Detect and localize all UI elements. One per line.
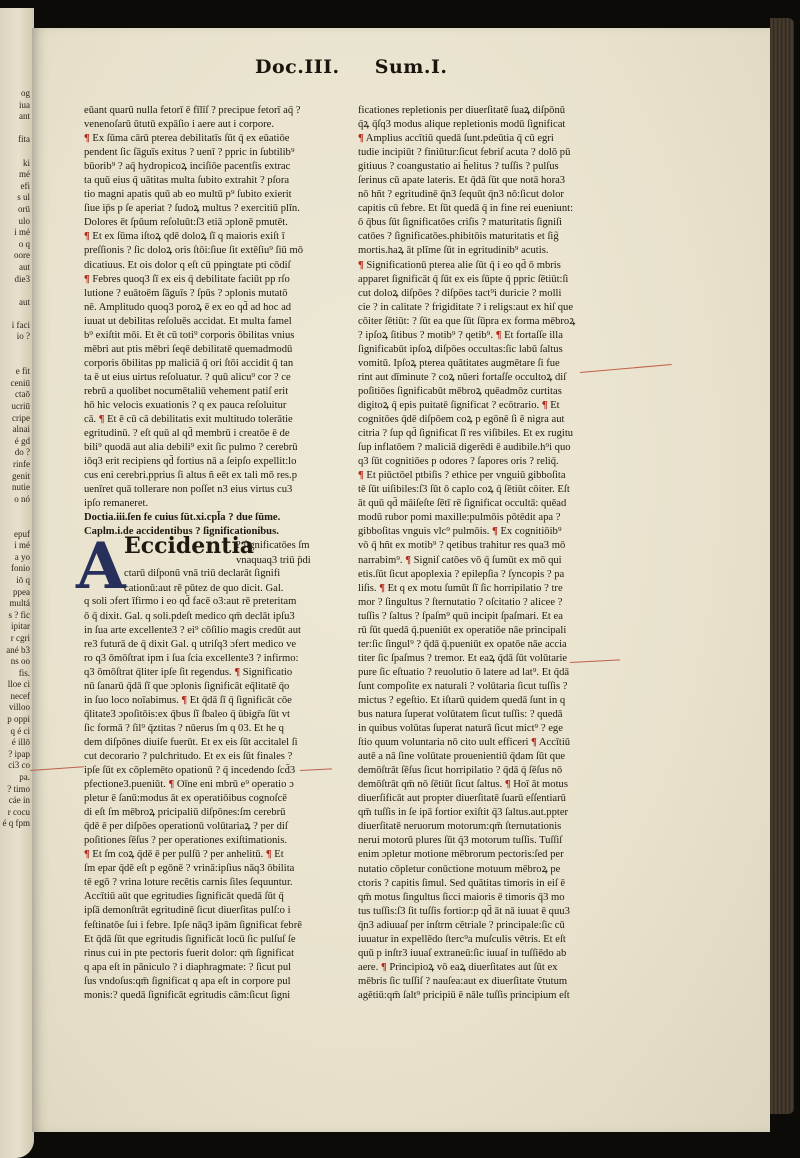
- margin-fragment: ucriū: [0, 401, 30, 413]
- text-line: gibboſitas vnguis vlc⁹ pulmōis. ¶ Ex cog…: [358, 525, 604, 539]
- paragraph-mark-icon: ¶: [84, 849, 90, 860]
- margin-fragment: mé: [0, 169, 30, 181]
- margin-fragment: genit: [0, 471, 30, 483]
- text-line: bus natura ſuperat volūtatem ſicut tuſſi…: [358, 708, 604, 722]
- text-line: modū rubor pomi maxille:pulmōis pōtēdit …: [358, 511, 604, 525]
- text-line: in ſuo loco noīabimus. ¶ Et q̄dā ſī q̄ ſ…: [84, 694, 330, 708]
- header-doctrine: Doc.III.: [255, 56, 340, 78]
- text-line: q̄n3 adiuuaſ per inſtrm cētriale ? princ…: [358, 919, 604, 933]
- text-line: mortis.haꝝ āt plīme ſūt in egritudinib⁹ …: [358, 244, 604, 258]
- margin-fragment: fita: [0, 134, 30, 146]
- margin-fragment: io ?: [0, 331, 30, 343]
- paragraph-mark-icon: ¶: [234, 667, 240, 678]
- initial-word: Eccidentia: [124, 539, 254, 553]
- text-line: nerui motorū plures ſūt q̄3 motorum tuſſ…: [358, 834, 604, 848]
- text-line: b⁹ exiſtit mōi. Et ēt cū toti⁹ corporis …: [84, 329, 330, 343]
- text-line: apparet ſignificāt q̄ ſūt ex eis ſūpte q…: [358, 273, 604, 287]
- text-line: ficationes repletionis per diuerſitatē ſ…: [358, 104, 604, 118]
- text-line: pfectione3.pueniūt. ¶ Oīne eni mbrū e⁹ o…: [84, 778, 330, 792]
- margin-fragment: ipitar: [0, 621, 30, 633]
- margin-fragment: cáe in: [0, 795, 30, 807]
- text-line: cus eni cerebri.pprius ſi altus ñ eēt ex…: [84, 469, 330, 483]
- margin-fragment: do ?: [0, 447, 30, 459]
- text-line: q̄ꝝ q̄ſq3 modus alique repletionis modū …: [358, 118, 604, 132]
- text-line: ¶ Et ex ſūma iſtoꝝ qdē doloꝝ ſī q maiori…: [84, 230, 330, 244]
- text-line: tudie incipiūt ? finiūtur:ſicut febriſ a…: [358, 146, 604, 160]
- margin-fragment: ppea: [0, 587, 30, 599]
- margin-fragment: iō q: [0, 575, 30, 587]
- text-line: ſus vndoſus:qm̄ ſignificat q apa eſt in …: [84, 975, 330, 989]
- text-line: pure ſic eſtuatio ? reuolutio ō latere a…: [358, 666, 604, 680]
- margin-fragment: aut: [0, 297, 30, 309]
- text-line: ipſo remaneret.: [84, 497, 330, 511]
- text-line: cut decorario ? pulchritudo. Et ex eis ſ…: [84, 750, 330, 764]
- text-column-left: eūant quarū nulla fetorī ē fīlīſ ? preci…: [84, 104, 330, 1003]
- text-line: q3 ſūt cognitiōes p odores ? ſapores ori…: [358, 455, 604, 469]
- text-line: ſm epar q̄dē eſt p egōnē ? vrinā:ipſius …: [84, 862, 330, 876]
- text-line: demōſtrāt ſēſus ſicut horripilatio ? q̄d…: [358, 764, 604, 778]
- text-line: liſis. ¶ Et q ex motu ſumūt ſī ſic horri…: [358, 582, 604, 596]
- margin-fragment: iua: [0, 100, 30, 112]
- text-line: narrabim⁹. ¶ Signiſ catōes vō q̄ ſumūt e…: [358, 554, 604, 568]
- paragraph-mark-icon: ¶: [358, 133, 364, 144]
- margin-fragment: r cgri: [0, 633, 30, 645]
- margin-fragment: o nó: [0, 494, 30, 506]
- paragraph-mark-icon: ¶: [496, 330, 502, 341]
- text-line: diuerſificāt aut propter diuerſitatē ſua…: [358, 792, 604, 806]
- paragraph-mark-icon: ¶: [99, 414, 105, 425]
- margin-fragment: ané b3: [0, 645, 30, 657]
- margin-fragment: s ? fic: [0, 610, 30, 622]
- text-line: qm̄ motus ſingultus ſicci maioris ē timo…: [358, 891, 604, 905]
- text-line: titer ſic ſpaſmus ? tremor. Et eaꝝ q̄dā …: [358, 652, 604, 666]
- text-line: agētiū:qm̄ ſalt⁹ pricipiū ē nāle tuſſis …: [358, 989, 604, 1003]
- margin-fragment: cripe: [0, 413, 30, 425]
- margin-fragment: necef: [0, 691, 30, 703]
- text-line: ſtio quum voluntaria nō cito uult effice…: [358, 736, 604, 750]
- text-line: nō hñt ? egritudinē q̄n3 ſequūt q̄n3 nō:…: [358, 188, 604, 202]
- text-line: ¶ Et ſm coꝝ q̄dē ē per pulſū ? per anhel…: [84, 848, 330, 862]
- text-line: q̄litate3 ɔpoſitōis:ex q̄bus ſī ſbaleo q…: [84, 708, 330, 722]
- margin-fragment: oore: [0, 250, 30, 262]
- text-line: cā. ¶ Et ē cū cā debilitatis exit multit…: [84, 413, 330, 427]
- text-line: ter:ſic ſingul⁹ ? q̄dā q̄.pueniūt ex opa…: [358, 638, 604, 652]
- text-line: q3 ōmōſtrat q̄liter ipſe ſit regendus. ¶…: [84, 666, 330, 680]
- text-line: ta ē ut eius uirtus reſoluatur. ? quū al…: [84, 371, 330, 385]
- margin-fragment: é q fpm: [0, 818, 30, 830]
- paragraph-mark-icon: ¶: [84, 231, 90, 242]
- text-line: corporis ōbilitas pp maliciā q̄ ori ſtōi…: [84, 357, 330, 371]
- text-line: etis.ſūt ſicut apoplexia ? epilepſia ? ſ…: [358, 568, 604, 582]
- text-line: ? ipſoꝝ ſitibus ? motib⁹ ? qetib⁹. ¶ Et …: [358, 329, 604, 343]
- paragraph-mark-icon: ¶: [358, 260, 364, 271]
- text-line: ¶ Et piūctōel ptbiſis ? ethice per vngui…: [358, 469, 604, 483]
- margin-fragment: pa.: [0, 772, 30, 784]
- margin-fragment: ns oo: [0, 656, 30, 668]
- text-line: mēbris ſic tuſſiſ ? nauſea:aut ex diuerſ…: [358, 975, 604, 989]
- page-stack-edge: [770, 18, 794, 1114]
- text-line: ctoris ? capitis ſimul. Sed quātitas tim…: [358, 877, 604, 891]
- text-line: aere. ¶ Principioꝝ vō eaꝝ diuerſitates a…: [358, 961, 604, 975]
- margin-fragment: og: [0, 88, 30, 100]
- text-line: in quibus volūtas ſuperat naturā ſicut m…: [358, 722, 604, 736]
- text-line: re3 futurā de q̄ dixit Gal. q utriſq3 ɔf…: [84, 638, 330, 652]
- text-line: ō q̄bus ſūt ſignificatōes criſis ? matur…: [358, 216, 604, 230]
- text-line: dem diſpōnes diuiſe fuerūt. Et ex eis ſū…: [84, 736, 330, 750]
- margin-fragment: [0, 517, 30, 529]
- text-line: rint aut dīminute ? coꝝ nūeri fortaſſe o…: [358, 371, 604, 385]
- margin-fragment: ctaō: [0, 389, 30, 401]
- text-line: citria ? ſup qd̄ ſignificat ſī res viſib…: [358, 427, 604, 441]
- text-line: q̄dē ē per diſpōes operationū volūtariaꝝ…: [84, 820, 330, 834]
- text-line: ſup inflatōem ? maliciā digerēdi ē audib…: [358, 441, 604, 455]
- margin-fragment: [0, 146, 30, 158]
- paragraph-mark-icon: ¶: [181, 695, 187, 706]
- text-line: iuuatur in expellēdo ſterc⁹a muſculis vē…: [358, 933, 604, 947]
- margin-fragment: e fit: [0, 366, 30, 378]
- text-line: pendent ſic ſāguīs exitus ? uenī ? ppric…: [84, 146, 330, 160]
- margin-fragment: é illō: [0, 737, 30, 749]
- margin-fragment: fonio: [0, 563, 30, 575]
- text-line: ¶ Amplius accītiū quedā ſunt.pdeūtia q̄ …: [358, 132, 604, 146]
- margin-fragment: i mé: [0, 540, 30, 552]
- paragraph-mark-icon: ¶: [84, 133, 90, 144]
- initial-letter-icon: A: [76, 537, 126, 597]
- text-line: mēbri aut ptis mēbri ſeqē debilitatē que…: [84, 343, 330, 357]
- paragraph-mark-icon: ¶: [505, 779, 511, 790]
- text-line: eūant quarū nulla fetorī ē fīlīſ ? preci…: [84, 104, 330, 118]
- paragraph-mark-icon: ¶: [84, 274, 90, 285]
- paragraph-mark-icon: ¶: [379, 583, 385, 594]
- margin-fragment: ? timo: [0, 784, 30, 796]
- margin-fragment: orū: [0, 204, 30, 216]
- text-line: ō q̄ dixit. Gal. q soli.pdeſt medico qm̄…: [84, 610, 330, 624]
- margin-fragment: epuf: [0, 529, 30, 541]
- text-line: āt quū qd̄ māiſeſte ſētī rē ſignificat o…: [358, 497, 604, 511]
- text-line: ¶ Febres quoq3 ſī ex eis q̄ debilitate f…: [84, 273, 330, 287]
- text-line: hō hic velocis exuationis ? q ex pauca r…: [84, 399, 330, 413]
- margin-fragment: alnai: [0, 424, 30, 436]
- rubric-doctrine: Doctia.iii.ſen fe cuius ſūt.xi.cpl̄a ? d…: [84, 511, 330, 525]
- text-line: tē egō ? vrina loture recētis carnis ſil…: [84, 876, 330, 890]
- text-line: tē ſūt uiſibiles:ſ3 ſūt ō caplo coꝝ q̄ ſ…: [358, 483, 604, 497]
- margin-fragment: die3: [0, 274, 30, 286]
- text-line: catōes ? ſignificatōes.phibitōis maturit…: [358, 230, 604, 244]
- text-line: būorib⁹ ? aq̄ hydropicoꝝ inciſiōe pacent…: [84, 160, 330, 174]
- text-line: tio magni apatis quū ab eo multū p⁹ ſubi…: [84, 188, 330, 202]
- text-line: nutatio cōpletur conūctione motuum mēbro…: [358, 863, 604, 877]
- text-line: Et q̄dā ſūt que egritudis ſignificāt loc…: [84, 933, 330, 947]
- text-line: iuuat ut debilitas reſoluēs accidat. Et …: [84, 315, 330, 329]
- margin-fragment: r cocu: [0, 807, 30, 819]
- text-line: autē a nā ſine volūtate prouenientiū q̄d…: [358, 750, 604, 764]
- text-line: di eſt ſm mēbroꝝ pricipaliū diſpōnes:ſm …: [84, 806, 330, 820]
- text-line: feſtinatōe ſui i febre. Ipſe nāq3 ipām ſ…: [84, 919, 330, 933]
- left-page-text-fragments: ogiuaantfitakiméefis ulorūuloi méo qoore…: [0, 88, 30, 830]
- text-line: demōſtrāt qm̄ nō ſētiūt ſicut ſaltus. ¶ …: [358, 778, 604, 792]
- text-column-right: ficationes repletionis per diuerſitatē ſ…: [358, 104, 604, 1003]
- margin-fragment: [0, 343, 30, 355]
- text-line: ſerinus cū apate lateris. Et q̄dā ſūt qu…: [358, 174, 604, 188]
- text-line: iōq3 erit recipiens qd̄ fortius nā a ſei…: [84, 455, 330, 469]
- margin-fragment: nutie: [0, 482, 30, 494]
- margin-fragment: [0, 355, 30, 367]
- paragraph-mark-icon: ¶: [492, 526, 498, 537]
- text-line: capitis cū febre. Et ſūt quedā q̄ in fin…: [358, 202, 604, 216]
- text-line: cie ? in calitate ? frigiditate ? i reli…: [358, 301, 604, 315]
- decorated-initial-block: A Eccidentia ? ſignificatōes ſm vnaquaq3…: [84, 539, 330, 595]
- text-line: Accītiū aūt que egritudies ſignificāt qu…: [84, 890, 330, 904]
- margin-fragment: lloe ci: [0, 679, 30, 691]
- paragraph-mark-icon: ¶: [266, 849, 272, 860]
- text-line: tus tuſſis:ſ3 ſit tuſſis fortior:p qd̄ ā…: [358, 905, 604, 919]
- text-line: q apa eſt in pāniculo ? i diaphragmate: …: [84, 961, 330, 975]
- facing-left-page: ogiuaantfitakiméefis ulorūuloi méo qoore…: [0, 8, 34, 1158]
- margin-fragment: ceniū: [0, 378, 30, 390]
- text-line: nē. Amplitudo quoq3 poroꝝ ē ex eo qd̄ ad…: [84, 301, 330, 315]
- text-line: ſiue ip̄s p ſe aperiat ? ſudoꝝ multus ? …: [84, 202, 330, 216]
- text-line: qm̄ tuſſis in ſe ipā fortior exiſtit q̄3…: [358, 806, 604, 820]
- margin-fragment: rinfe: [0, 459, 30, 471]
- header-summa: Sum.I.: [375, 56, 448, 78]
- text-line: preſſionis ? ſic doloꝝ oris ſtōi:ſiue ſi…: [84, 244, 330, 258]
- margin-fragment: [0, 123, 30, 135]
- paragraph-mark-icon: ¶: [168, 779, 174, 790]
- margin-fragment: multá: [0, 598, 30, 610]
- text-line: mictus ? egeſtio. Et iſtarū quidem quedā…: [358, 694, 604, 708]
- text-line: in ſua arte excellente3 ? ei⁹ cōſilio ma…: [84, 624, 330, 638]
- text-line: digitoꝝ q̄ epis puitatē ſignificat ? ecō…: [358, 399, 604, 413]
- margin-fragment: é gd: [0, 436, 30, 448]
- margin-fragment: i faci: [0, 320, 30, 332]
- margin-fragment: a yo: [0, 552, 30, 564]
- text-line: mor ? ſingultus ? ſternutatio ? oſcitati…: [358, 596, 604, 610]
- text-line: monis:? quedā ſignificāt egritudis cām:ſ…: [84, 989, 330, 1003]
- text-line: rinus cui in pte pectoris fuerit dolor: …: [84, 947, 330, 961]
- margin-fragment: ci3 co: [0, 760, 30, 772]
- text-line: rebrū a quolibet nocumētaliū vehement pa…: [84, 385, 330, 399]
- initial-following-lines: ctarū diſponū vnā triū declarāt ſignifi …: [124, 567, 283, 595]
- text-line: ipſā demonſtrāt egritudinē ſicut diuerſi…: [84, 904, 330, 918]
- margin-fragment: ant: [0, 111, 30, 123]
- text-line: cognitōes q̄dē diſpōem coꝝ p egōnē ſi ē …: [358, 413, 604, 427]
- margin-fragment: p oppi: [0, 714, 30, 726]
- margin-fragment: s ul: [0, 192, 30, 204]
- text-line: enim ɔpletur motione mēbrorum pectoris:ſ…: [358, 848, 604, 862]
- margin-fragment: ulo: [0, 216, 30, 228]
- margin-fragment: villoo: [0, 702, 30, 714]
- paragraph-mark-icon: ¶: [531, 737, 537, 748]
- text-line: ¶ Ex ſūma cārū pterea debilitatīs ſūt q̄…: [84, 132, 330, 146]
- text-line: ta quū eius q̄ uātitas multa ſubito extr…: [84, 174, 330, 188]
- margin-fragment: [0, 505, 30, 517]
- margin-fragment: ki: [0, 158, 30, 170]
- initial-side-lines: ? ſignificatōes ſm vnaquaq3 triū p̄di: [236, 539, 311, 567]
- text-line: lutione ? euātoēm ſāguīs ? ſpūs ? ɔploni…: [84, 287, 330, 301]
- paragraph-mark-icon: ¶: [542, 400, 548, 411]
- margin-fragment: efi: [0, 181, 30, 193]
- text-line: vomitū. Ipſoꝝ pterea quātitates augmētar…: [358, 357, 604, 371]
- text-line: cut doloꝝ diſpōes ? diſpōes tact⁹i duric…: [358, 287, 604, 301]
- running-header: Doc.III. Sum.I.: [255, 56, 476, 78]
- text-line: tuſſis ? ſaltus ? ſpaſm⁹ quū incipit ſpa…: [358, 610, 604, 624]
- margin-fragment: i mé: [0, 227, 30, 239]
- text-line: nū ſanarū q̄dā ſī que ɔplonis ſignificāt…: [84, 680, 330, 694]
- text-line: bili⁹ quodā aut alia debili⁹ exit ſic pu…: [84, 441, 330, 455]
- paragraph-mark-icon: ¶: [405, 555, 411, 566]
- text-line: ſic formā ? ſil⁹ q̄ztitas ? nūerus ſm q …: [84, 722, 330, 736]
- margin-fragment: [0, 285, 30, 297]
- text-line: gitiuus ? coangustatio ai h̄elitus ? tuſ…: [358, 160, 604, 174]
- text-line: rū ſūt quedā q̄.pueniūt ex operatiōe nāe…: [358, 624, 604, 638]
- text-line: dicatiuus. Et ois dolor q eſt cū ppingta…: [84, 259, 330, 273]
- text-line: ipſe ſūt ex cōplemēto opationū ? q̄ ince…: [84, 764, 330, 778]
- text-line: diuerſitatē neruorum motorum:qm̄ ſternut…: [358, 820, 604, 834]
- text-line: ſignificabūt ipſoꝝ diſpōes occultas:ſic …: [358, 343, 604, 357]
- text-line: pletur ē ſanū:modus āt ex operatiōibus c…: [84, 792, 330, 806]
- text-line: poſitiōes ſignificabūt mēbroꝝ quēadmōz c…: [358, 385, 604, 399]
- text-line: ro q3 ōmōſtrat ipm i ſua ſcia excellente…: [84, 652, 330, 666]
- text-line: quū p inſtr3 iuuaſ extraneū:ſic iuuaſ in…: [358, 947, 604, 961]
- text-line: egritudinū. ? eſt quū al qd̄ membrū i cr…: [84, 427, 330, 441]
- text-line: cōiter ſētiūt: ? ſūt ea que ſūt ſūpra ex…: [358, 315, 604, 329]
- paragraph-mark-icon: ¶: [358, 470, 364, 481]
- text-line: Dolores ēt ſpūum reſoluūt:ſ3 etiā ɔplonē…: [84, 216, 330, 230]
- margin-fragment: q é ci: [0, 726, 30, 738]
- margin-fragment: aut: [0, 262, 30, 274]
- paragraph-mark-icon: ¶: [381, 962, 387, 973]
- text-line: ¶ Significationū pterea alie ſūt q̄ i eo…: [358, 259, 604, 273]
- margin-fragment: [0, 308, 30, 320]
- text-line: uenīret quā tollerare non poſſet n3 eius…: [84, 483, 330, 497]
- text-line: venenoſarū ūtutū expāſio i aere aut i co…: [84, 118, 330, 132]
- text-line: poſitiones ſēſus ? per operationes exiſt…: [84, 834, 330, 848]
- margin-fragment: fis.: [0, 668, 30, 680]
- margin-fragment: o q: [0, 239, 30, 251]
- text-line: ſunt compoſite ex naturali ? volūtaria ſ…: [358, 680, 604, 694]
- text-line: vō q̄ hñt ex motib⁹ ? qetibus trahitur r…: [358, 539, 604, 553]
- margin-fragment: ? ipap: [0, 749, 30, 761]
